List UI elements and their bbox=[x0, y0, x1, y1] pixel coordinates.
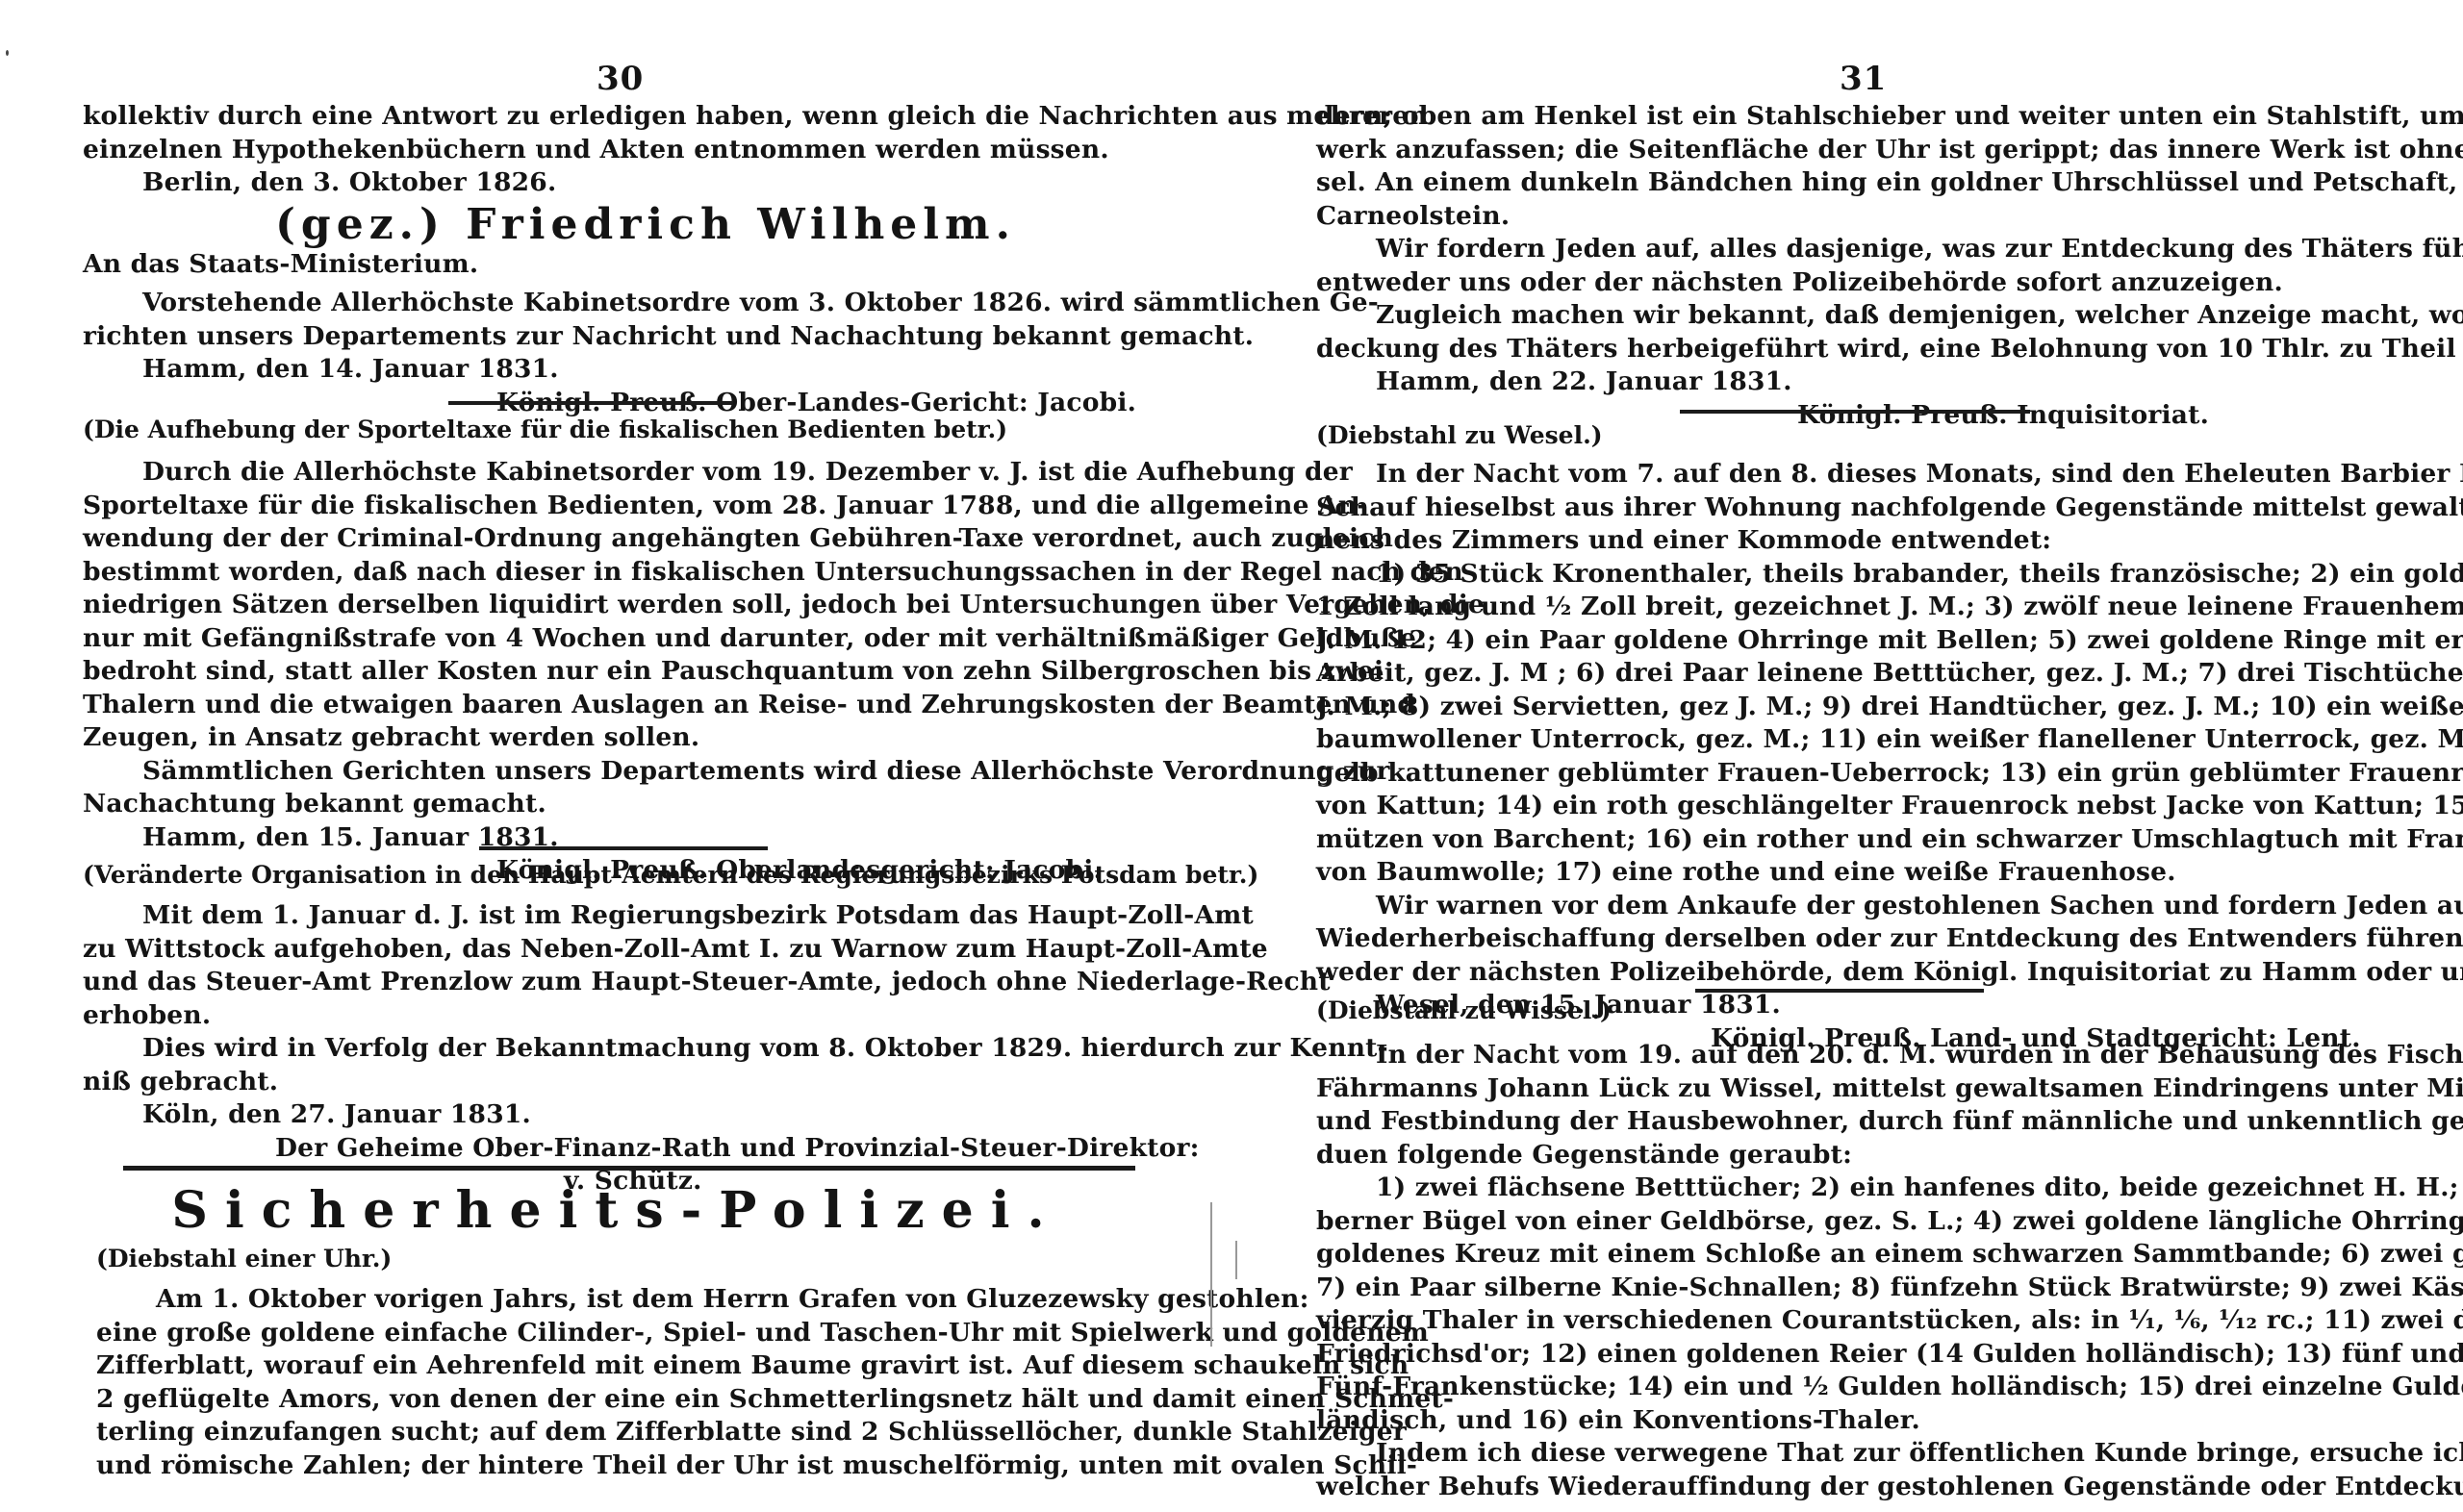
text-line: Nachachtung bekannt gemacht. bbox=[83, 788, 1151, 821]
text-line: weder der nächsten Polizeibehörde, dem K… bbox=[1316, 956, 2403, 990]
text-line: duen folgende Gegenstände geraubt: bbox=[1316, 1139, 2403, 1172]
text-line: zu Wittstock aufgehoben, das Neben-Zoll-… bbox=[83, 933, 1151, 967]
text-line: terling einzufangen sucht; auf dem Ziffe… bbox=[83, 1416, 1151, 1449]
text-line: richten unsers Departements zur Nachrich… bbox=[83, 320, 1151, 354]
list-item: mützen von Barchent; 16) ein rother und … bbox=[1316, 823, 2403, 857]
text-line: In der Nacht vom 7. auf den 8. dieses Mo… bbox=[1316, 458, 2403, 491]
royal-signature-block: (gez.) Friedrich Wilhelm. bbox=[83, 198, 1151, 252]
text-line: Durch die Allerhöchste Kabinetsorder vom… bbox=[83, 456, 1151, 490]
text-line: Vorstehende Allerhöchste Kabinetsordre v… bbox=[83, 287, 1151, 320]
text-line: Sporteltaxe für die fiskalischen Bedient… bbox=[83, 490, 1151, 523]
notice-potsdam: (Veränderte Organisation in den Haupt-Ae… bbox=[83, 859, 1151, 1198]
text-line: Zugleich machen wir bekannt, daß demjeni… bbox=[1316, 299, 2403, 333]
section-divider bbox=[448, 401, 733, 405]
notice-heading: (Diebstahl zu Wissel.) bbox=[1316, 995, 2403, 1027]
notice-heading: (Diebstahl einer Uhr.) bbox=[83, 1243, 1151, 1275]
text-line: niß gebracht. bbox=[83, 1066, 1151, 1099]
text-line: deckung des Thäters herbeigeführt wird, … bbox=[1316, 333, 2403, 366]
scan-edge-mark bbox=[1235, 1241, 1237, 1279]
text-line: nur mit Gefängnißstrafe von 4 Wochen und… bbox=[83, 622, 1151, 656]
text-line: Am 1. Oktober vorigen Jahrs, ist dem Her… bbox=[83, 1283, 1151, 1317]
section-header: Sicherheits-Polizei. bbox=[83, 1179, 1151, 1243]
page-number: 30 bbox=[597, 60, 644, 98]
text-line: Carneolstein. bbox=[1316, 200, 2403, 234]
list-item: J. M.; 8) zwei Servietten, gez J. M.; 9)… bbox=[1316, 691, 2403, 724]
text-line: Mit dem 1. Januar d. J. ist im Regierung… bbox=[83, 899, 1151, 933]
text-line: kollektiv durch eine Antwort zu erledige… bbox=[83, 100, 1151, 134]
text-line: 2 geflügelte Amors, von denen der eine e… bbox=[83, 1383, 1151, 1417]
text-line: Fährmanns Johann Lück zu Wissel, mittels… bbox=[1316, 1072, 2403, 1106]
notice-sporteltaxe: (Die Aufhebung der Sporteltaxe für die f… bbox=[83, 414, 1151, 888]
text-line: bedroht sind, statt aller Kosten nur ein… bbox=[83, 655, 1151, 689]
page-number: 31 bbox=[1840, 60, 1887, 98]
dateline: Hamm, den 22. Januar 1831. bbox=[1316, 365, 2403, 399]
notice-uhr: (Diebstahl einer Uhr.) Am 1. Oktober vor… bbox=[83, 1243, 1151, 1482]
list-item: 1 Zoll lang und ½ Zoll breit, gezeichnet… bbox=[1316, 591, 2403, 624]
text-line: und das Steuer-Amt Prenzlow zum Haupt-St… bbox=[83, 966, 1151, 999]
notice-wissel: (Diebstahl zu Wissel.) In der Nacht vom … bbox=[1316, 995, 2403, 1503]
list-item: berner Bügel von einer Geldbörse, gez. S… bbox=[1316, 1205, 2403, 1239]
text-line: und römische Zahlen; der hintere Theil d… bbox=[83, 1449, 1151, 1483]
section-title: Sicherheits-Polizei. bbox=[83, 1179, 1151, 1243]
list-item: von Baumwolle; 17) eine rothe und eine w… bbox=[1316, 856, 2403, 890]
left-page: 30 kollektiv durch eine Antwort zu erled… bbox=[0, 0, 1231, 1512]
text-line: und Festbindung der Hausbewohner, durch … bbox=[1316, 1105, 2403, 1139]
text-line: eine große goldene einfache Cilinder-, S… bbox=[83, 1317, 1151, 1350]
list-item: vierzig Thaler in verschiedenen Courants… bbox=[1316, 1304, 2403, 1338]
list-item: 1) zwei fläch­sene Betttücher; 2) ein ha… bbox=[1316, 1172, 2403, 1205]
text-line: niedrigen Sätzen derselben liquidirt wer… bbox=[83, 589, 1151, 622]
text-line: entweder uns oder der nächsten Polizeibe… bbox=[1316, 266, 2403, 300]
list-item: 7) ein Paar silberne Knie-Schnallen; 8) … bbox=[1316, 1272, 2403, 1305]
list-item: von Kattun; 14) ein roth geschlängelter … bbox=[1316, 790, 2403, 823]
section-divider bbox=[1695, 989, 1984, 993]
text-line: Wiederherbeischaffung derselben oder zur… bbox=[1316, 922, 2403, 956]
list-item: Arbeit, gez. J. M ; 6) drei Paar leinene… bbox=[1316, 657, 2403, 691]
text-line: welcher Behufs Wiederauffindung der gest… bbox=[1316, 1471, 2403, 1504]
section-divider bbox=[1680, 410, 2030, 414]
text-line: In der Nacht vom 19. auf den 20. d. M. w… bbox=[1316, 1039, 2403, 1072]
list-item: baumwollener Unterrock, gez. M.; 11) ein… bbox=[1316, 723, 2403, 757]
list-item: 1) 35 Stück Kronenthaler, theils braband… bbox=[1316, 558, 2403, 592]
text-line: sel. An einem dunkeln Bändchen hing ein … bbox=[1316, 166, 2403, 200]
list-item: ländisch, und 16) ein Konventions-Thaler… bbox=[1316, 1404, 2403, 1438]
addressee: An das Staats-Ministerium. bbox=[83, 248, 1151, 282]
notice-heading: (Veränderte Organisation in den Haupt-Ae… bbox=[83, 859, 1151, 892]
notice-heading: (Diebstahl zu Wesel.) bbox=[1316, 419, 2403, 452]
text-line: wendung der der Criminal-Ordnung angehän… bbox=[83, 522, 1151, 556]
list-item: goldenes Kreuz mit einem Schloße an eine… bbox=[1316, 1238, 2403, 1272]
list-item: Fünf-Frankenstücke; 14) ein und ½ Gulden… bbox=[1316, 1371, 2403, 1404]
text-line: einzelnen Hypothekenbüchern und Akten en… bbox=[83, 134, 1151, 167]
continuation-uhr: dern; oben am Henkel ist ein Stahlschieb… bbox=[1316, 100, 2403, 432]
notice-heading: (Die Aufhebung der Sporteltaxe für die f… bbox=[83, 414, 1151, 446]
publication-note: Vorstehende Allerhöchste Kabinetsordre v… bbox=[83, 287, 1151, 419]
dateline: Köln, den 27. Januar 1831. bbox=[83, 1098, 1151, 1132]
major-divider bbox=[123, 1166, 1135, 1171]
text-line: Dies wird in Verfolg der Bekanntmachung … bbox=[83, 1032, 1151, 1066]
notice-wesel: (Diebstahl zu Wesel.) In der Nacht vom 7… bbox=[1316, 419, 2403, 1055]
text-line: Sämmtlichen Gerichten unsers Departement… bbox=[83, 755, 1151, 789]
list-item: Friedrichsd'or; 12) einen goldenen Reier… bbox=[1316, 1338, 2403, 1372]
continuation-block: kollektiv durch eine Antwort zu erledige… bbox=[83, 100, 1151, 200]
text-line: bestimmt worden, daß nach dieser in fisk… bbox=[83, 556, 1151, 590]
addressee-block: An das Staats-Ministerium. bbox=[83, 248, 1151, 282]
signature-title: Der Geheime Ober-Finanz-Rath und Provinz… bbox=[83, 1132, 1151, 1166]
text-line: Indem ich diese verwegene That zur öffen… bbox=[1316, 1437, 2403, 1471]
scan-speck bbox=[6, 50, 9, 56]
text-line: Wir fordern Jeden auf, alles dasjenige, … bbox=[1316, 233, 2403, 266]
list-item: gelb kattunener geblümter Frauen-Ueberro… bbox=[1316, 757, 2403, 791]
dateline: Berlin, den 3. Oktober 1826. bbox=[83, 166, 1151, 200]
section-divider bbox=[479, 846, 768, 850]
text-line: Zeugen, in Ansatz gebracht werden sollen… bbox=[83, 721, 1151, 755]
royal-signature: (gez.) Friedrich Wilhelm. bbox=[83, 198, 1151, 252]
text-line: Zifferblatt, worauf ein Aehrenfeld mit e… bbox=[83, 1349, 1151, 1383]
text-line: nens des Zimmers und einer Kommode entwe… bbox=[1316, 524, 2403, 558]
text-line: Wir warnen vor dem Ankaufe der gestohlen… bbox=[1316, 890, 2403, 923]
text-line: erhoben. bbox=[83, 999, 1151, 1033]
right-page: 31 dern; oben am Henkel ist ein Stahlsch… bbox=[1231, 0, 2463, 1512]
dateline: Hamm, den 14. Januar 1831. bbox=[83, 353, 1151, 387]
text-line: werk anzufassen; die Seitenfläche der Uh… bbox=[1316, 134, 2403, 167]
text-line: dern; oben am Henkel ist ein Stahlschieb… bbox=[1316, 100, 2403, 134]
list-item: J. M. 12; 4) ein Paar goldene Ohrringe m… bbox=[1316, 624, 2403, 658]
text-line: Schauf hieselbst aus ihrer Wohnung nachf… bbox=[1316, 491, 2403, 525]
scan-edge-mark bbox=[1210, 1202, 1212, 1347]
text-line: Thalern und die etwaigen baaren Auslagen… bbox=[83, 689, 1151, 722]
